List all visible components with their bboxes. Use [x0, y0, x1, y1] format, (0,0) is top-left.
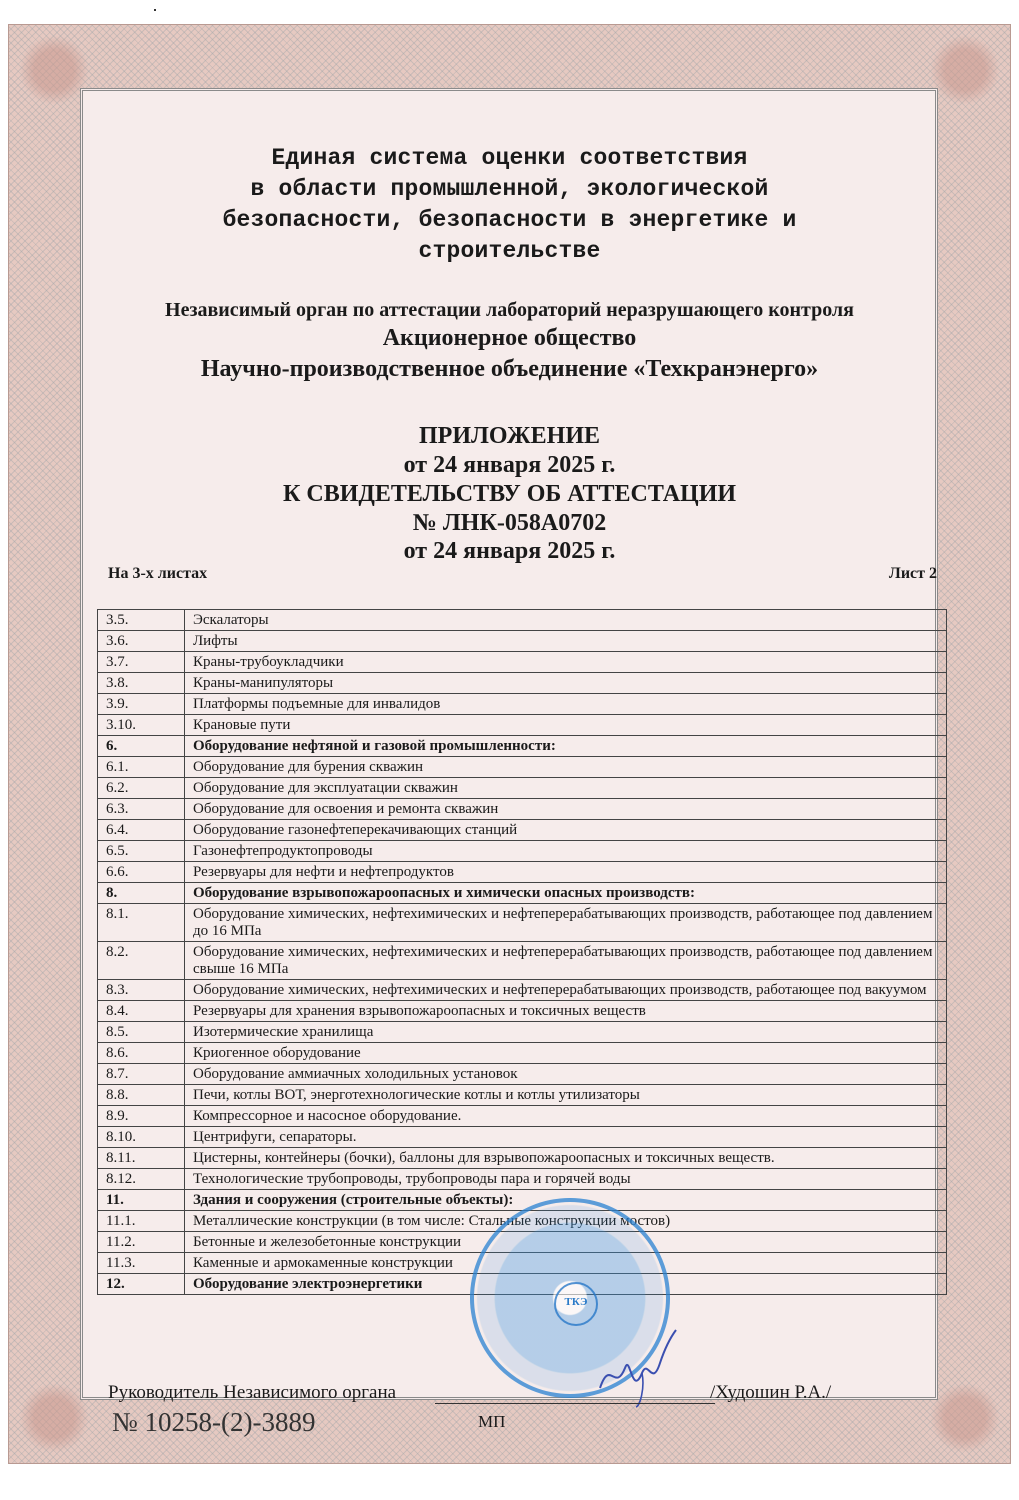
item-number: 3.7. [98, 652, 185, 673]
table-row: 8.10.Центрифуги, сепараторы. [98, 1127, 947, 1148]
system-title: Единая система оценки соответствия в обл… [0, 143, 1019, 267]
table-row: 8.2.Оборудование химических, нефтехимиче… [98, 942, 947, 980]
table-row: 8.6.Криогенное оборудование [98, 1043, 947, 1064]
item-number: 8.10. [98, 1127, 185, 1148]
item-description: Оборудование химических, нефтехимических… [185, 942, 947, 980]
table-row: 6.1.Оборудование для бурения скважин [98, 757, 947, 778]
item-number: 6.5. [98, 841, 185, 862]
item-number: 8.6. [98, 1043, 185, 1064]
item-description: Эскалаторы [185, 610, 947, 631]
item-description: Краны-манипуляторы [185, 673, 947, 694]
signer-name: /Худошин Р.А./ [710, 1382, 831, 1404]
item-number: 8.2. [98, 942, 185, 980]
item-number: 3.10. [98, 715, 185, 736]
ornament-icon [930, 1383, 1000, 1453]
signer-title: Руководитель Независимого органа [108, 1382, 396, 1404]
system-title-line: Единая система оценки соответствия [0, 143, 1019, 174]
item-description: Технологические трубопроводы, трубопрово… [185, 1169, 947, 1190]
equipment-table: 3.5.Эскалаторы3.6.Лифты3.7.Краны-трубоук… [97, 609, 947, 1295]
item-description: Платформы подъемные для инвалидов [185, 694, 947, 715]
ornament-icon [19, 35, 89, 105]
scan-speck [154, 9, 156, 11]
item-description: Центрифуги, сепараторы. [185, 1127, 947, 1148]
appendix-title: ПРИЛОЖЕНИЕ [0, 423, 1019, 450]
item-description: Оборудование химических, нефтехимических… [185, 904, 947, 942]
ornament-icon [19, 1383, 89, 1453]
item-number: 8.4. [98, 1001, 185, 1022]
system-title-line: строительстве [0, 236, 1019, 267]
system-title-line: безопасности, безопасности в энергетике … [0, 205, 1019, 236]
item-number: 8.3. [98, 980, 185, 1001]
item-description: Крановые пути [185, 715, 947, 736]
item-number: 6.3. [98, 799, 185, 820]
item-number: 8.11. [98, 1148, 185, 1169]
signature-icon [590, 1328, 680, 1408]
org-name: Научно-производственное объединение «Тех… [0, 356, 1019, 383]
item-number: 6.2. [98, 778, 185, 799]
item-number: 6.4. [98, 820, 185, 841]
item-number: 8.9. [98, 1106, 185, 1127]
item-description: Оборудование газонефтеперекачивающих ста… [185, 820, 947, 841]
item-number: 8.1. [98, 904, 185, 942]
table-row: 8.8.Печи, котлы ВОТ, энерготехнологическ… [98, 1085, 947, 1106]
sheets-total: На 3-х листах [108, 565, 207, 583]
table-row: 8.5.Изотермические хранилища [98, 1022, 947, 1043]
item-description: Оборудование аммиачных холодильных устан… [185, 1064, 947, 1085]
item-number: 3.8. [98, 673, 185, 694]
item-description: Компрессорное и насосное оборудование. [185, 1106, 947, 1127]
table-row: 3.8.Краны-манипуляторы [98, 673, 947, 694]
stamp-logo: ТКЭ [554, 1282, 598, 1326]
item-number: 6. [98, 736, 185, 757]
system-title-line: в области промышленной, экологической [0, 174, 1019, 205]
item-number: 8. [98, 883, 185, 904]
table-row: 3.7.Краны-трубоукладчики [98, 652, 947, 673]
table-row: 8.9.Компрессорное и насосное оборудовани… [98, 1106, 947, 1127]
certificate-number: № ЛНК-058А0702 [0, 510, 1019, 537]
appendix-date: от 24 января 2025 г. [0, 452, 1019, 479]
section-row: 11.Здания и сооружения (строительные объ… [98, 1190, 947, 1211]
table-row: 8.7.Оборудование аммиачных холодильных у… [98, 1064, 947, 1085]
item-number: 11.1. [98, 1211, 185, 1232]
item-description: Оборудование для бурения скважин [185, 757, 947, 778]
item-number: 3.9. [98, 694, 185, 715]
table-row: 6.4.Оборудование газонефтеперекачивающих… [98, 820, 947, 841]
item-description: Оборудование нефтяной и газовой промышле… [185, 736, 947, 757]
table-row: 8.12.Технологические трубопроводы, трубо… [98, 1169, 947, 1190]
item-description: Криогенное оборудование [185, 1043, 947, 1064]
item-description: Резервуары для хранения взрывопожароопас… [185, 1001, 947, 1022]
table-row: 8.4.Резервуары для хранения взрывопожаро… [98, 1001, 947, 1022]
table-row: 3.9.Платформы подъемные для инвалидов [98, 694, 947, 715]
item-description: Резервуары для нефти и нефтепродуктов [185, 862, 947, 883]
item-description: Изотермические хранилища [185, 1022, 947, 1043]
item-description: Печи, котлы ВОТ, энерготехнологические к… [185, 1085, 947, 1106]
section-row: 8.Оборудование взрывопожароопасных и хим… [98, 883, 947, 904]
ornament-icon [930, 35, 1000, 105]
item-description: Газонефтепродуктопроводы [185, 841, 947, 862]
item-number: 6.1. [98, 757, 185, 778]
table-row: 8.11.Цистерны, контейнеры (бочки), балло… [98, 1148, 947, 1169]
table-row: 6.2.Оборудование для эксплуатации скважи… [98, 778, 947, 799]
item-number: 11.2. [98, 1232, 185, 1253]
table-row: 8.1.Оборудование химических, нефтехимиче… [98, 904, 947, 942]
item-description: Оборудование для эксплуатации скважин [185, 778, 947, 799]
certificate-heading: К СВИДЕТЕЛЬСТВУ ОБ АТТЕСТАЦИИ [0, 481, 1019, 508]
signature-line [435, 1403, 715, 1404]
item-number: 8.7. [98, 1064, 185, 1085]
item-description: Краны-трубоукладчики [185, 652, 947, 673]
item-number: 3.6. [98, 631, 185, 652]
item-description: Оборудование для освоения и ремонта сква… [185, 799, 947, 820]
sheet-number: Лист 2 [889, 565, 937, 583]
table-row: 3.5.Эскалаторы [98, 610, 947, 631]
item-number: 8.12. [98, 1169, 185, 1190]
section-row: 6.Оборудование нефтяной и газовой промыш… [98, 736, 947, 757]
table-row: 6.5.Газонефтепродуктопроводы [98, 841, 947, 862]
form-number: № 10258-(2)-3889 [112, 1407, 315, 1438]
table-row: 3.10.Крановые пути [98, 715, 947, 736]
certificate-date: от 24 января 2025 г. [0, 538, 1019, 565]
table-row: 8.3.Оборудование химических, нефтехимиче… [98, 980, 947, 1001]
item-number: 8.8. [98, 1085, 185, 1106]
stamp-place-label: МП [478, 1412, 505, 1432]
item-number: 8.5. [98, 1022, 185, 1043]
item-number: 3.5. [98, 610, 185, 631]
org-type: Акционерное общество [0, 325, 1019, 352]
item-description: Цистерны, контейнеры (бочки), баллоны дл… [185, 1148, 947, 1169]
item-number: 11.3. [98, 1253, 185, 1274]
item-number: 11. [98, 1190, 185, 1211]
table-row: 3.6.Лифты [98, 631, 947, 652]
item-description: Лифты [185, 631, 947, 652]
item-description: Оборудование взрывопожароопасных и химич… [185, 883, 947, 904]
item-number: 6.6. [98, 862, 185, 883]
item-number: 12. [98, 1274, 185, 1295]
table-row: 6.3.Оборудование для освоения и ремонта … [98, 799, 947, 820]
item-description: Оборудование химических, нефтехимических… [185, 980, 947, 1001]
table-row: 6.6.Резервуары для нефти и нефтепродукто… [98, 862, 947, 883]
certifying-body: Независимый орган по аттестации лаборато… [0, 299, 1019, 322]
